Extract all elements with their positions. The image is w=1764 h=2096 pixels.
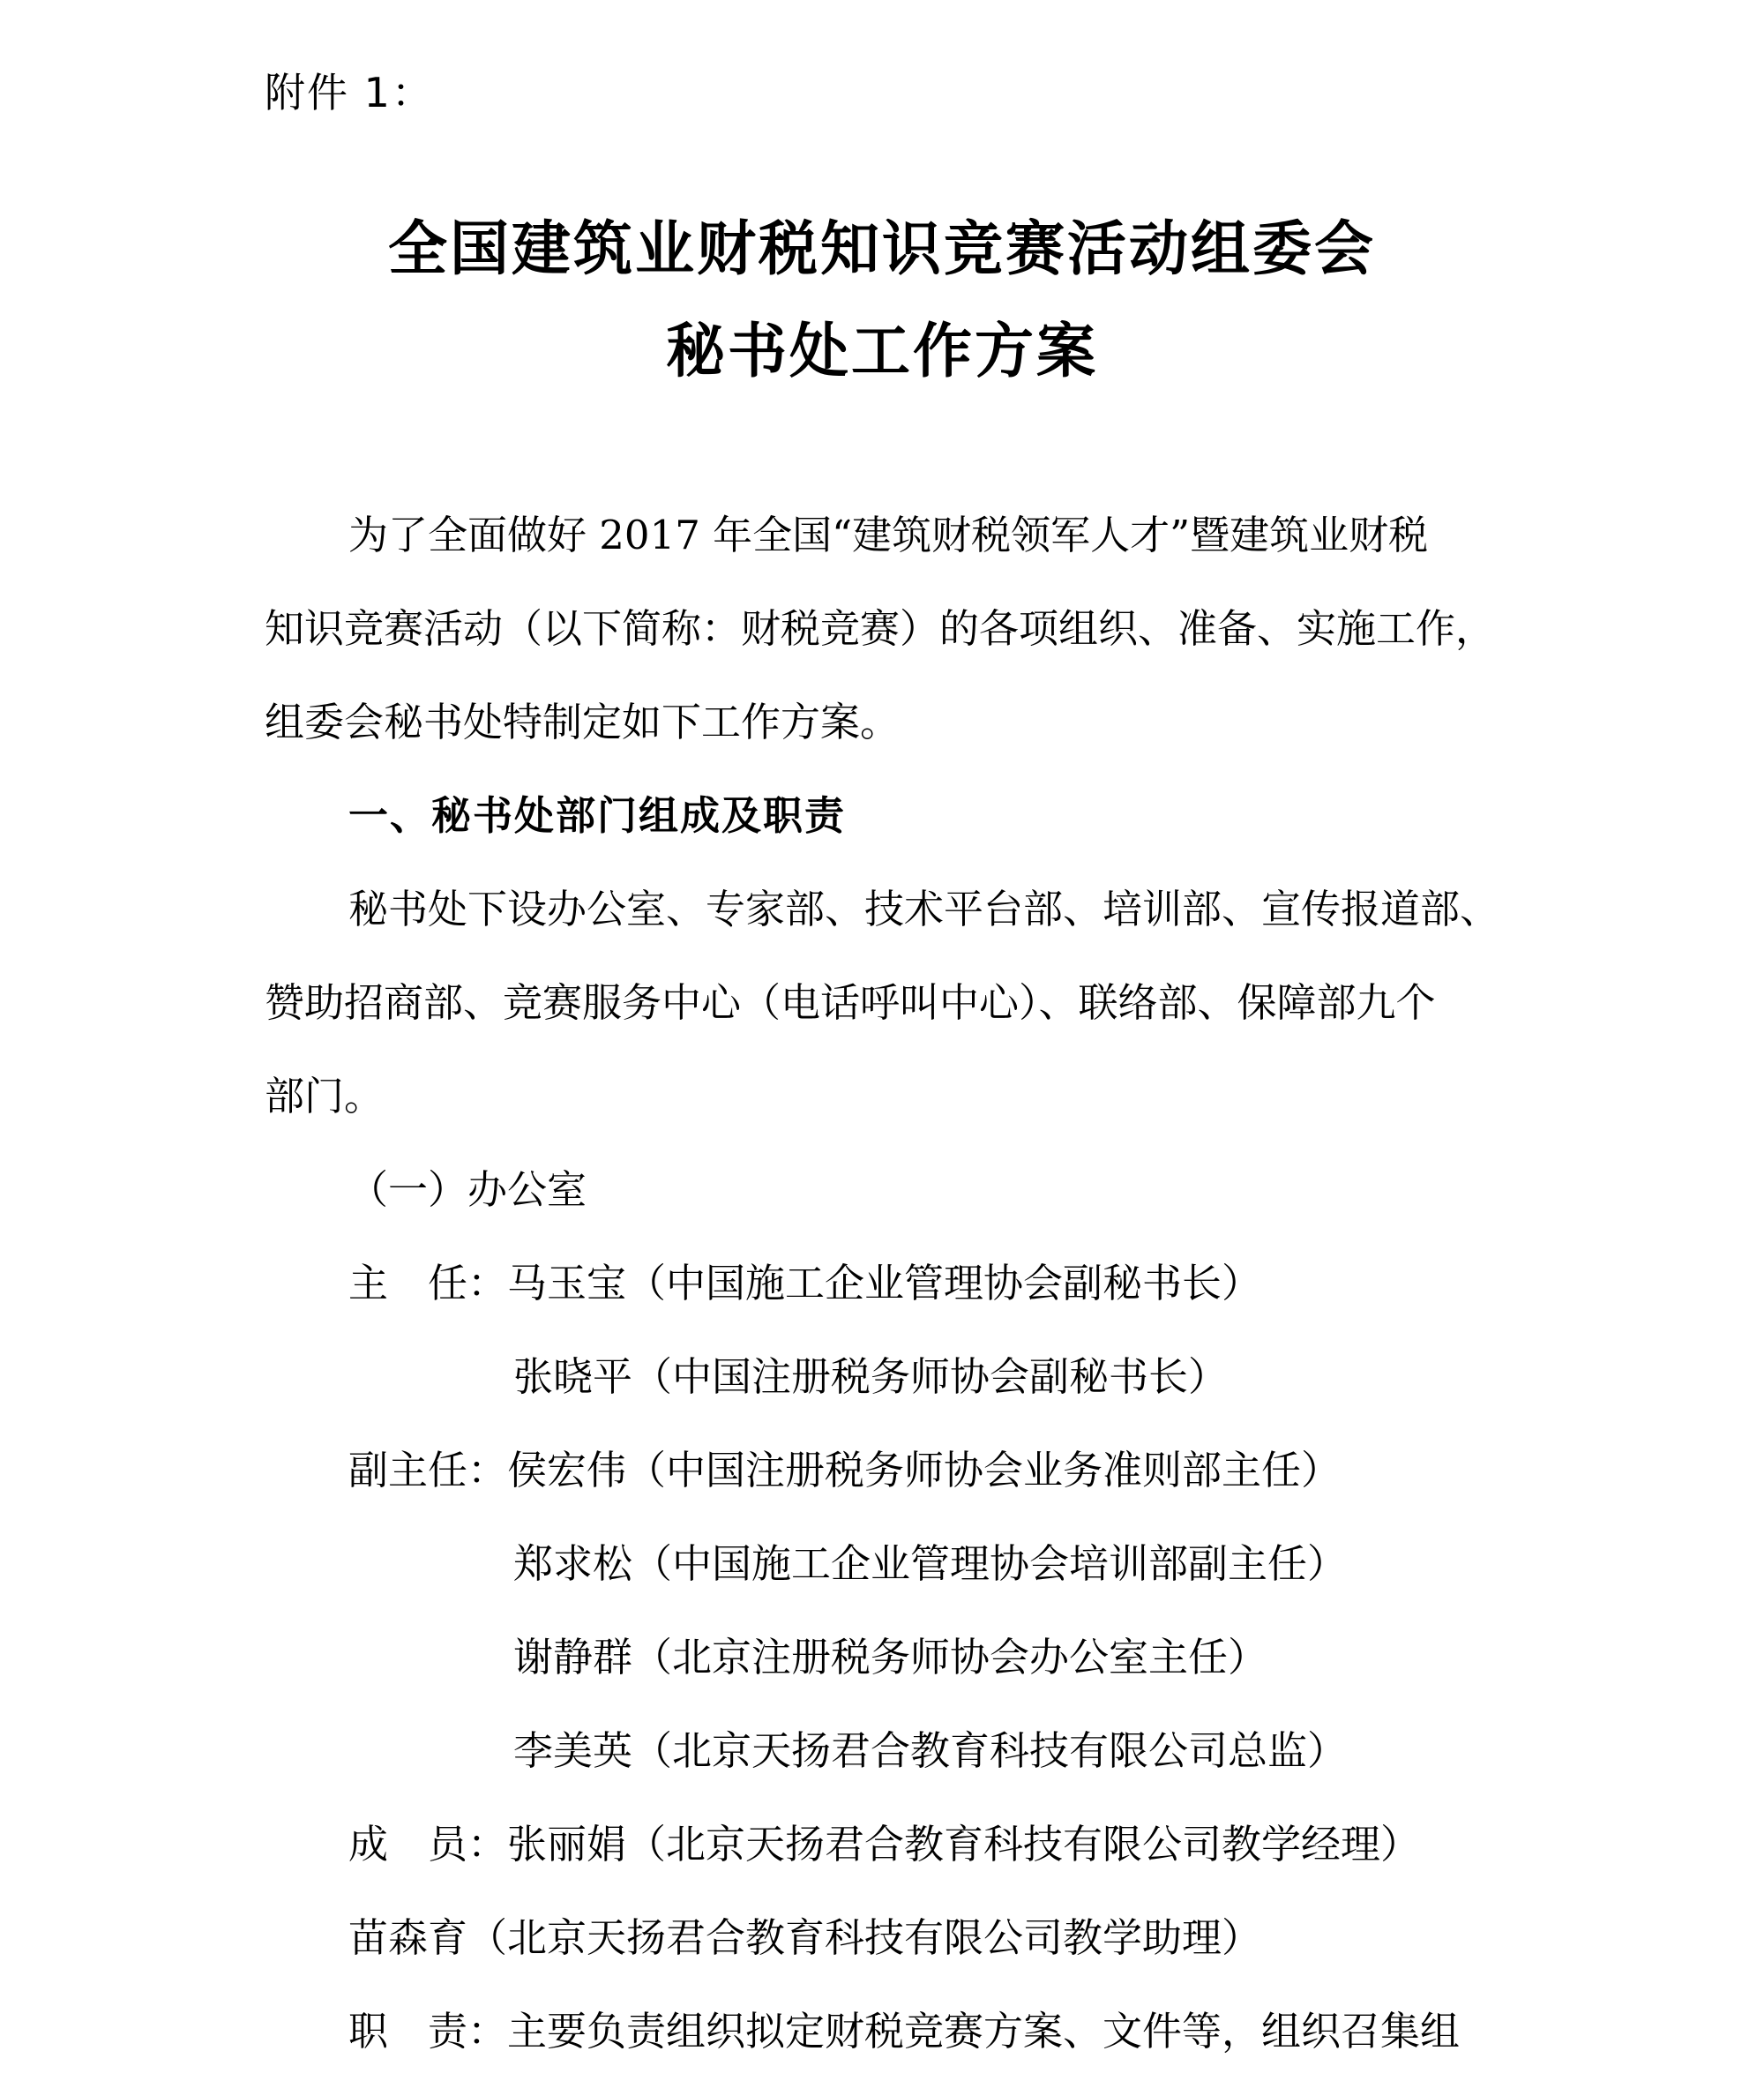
text-line: 知识竞赛活动（以下简称：财税竞赛）的各项组织、准备、实施工作，: [265, 582, 1526, 676]
text-line: 李美英（北京天扬君合教育科技有限公司总监）: [265, 1704, 1526, 1798]
text-line: （一）办公室: [265, 1143, 1526, 1237]
text-line: 职 责：主要负责组织拟定财税竞赛方案、文件等，组织召集组: [265, 1985, 1526, 2078]
text-line: 副主任：侯宏伟（中国注册税务师协会业务准则部主任）: [265, 1424, 1526, 1517]
document-title-line2: 秘书处工作方案: [0, 300, 1764, 402]
document-body: 为了全面做好 2017 年全国“建筑财税领军人才”暨建筑业财税知识竞赛活动（以下…: [265, 489, 1526, 2078]
text-line: 赞助招商部、竞赛服务中心（电话呼叫中心）、联络部、保障部九个: [265, 956, 1526, 1050]
text-line: 部门。: [265, 1050, 1526, 1143]
document-title: 全国建筑业财税知识竞赛活动组委会 秘书处工作方案: [0, 198, 1764, 402]
document-title-line1: 全国建筑业财税知识竞赛活动组委会: [0, 198, 1764, 300]
section-heading: 一、秘书处部门组成及职责: [265, 769, 1526, 863]
text-line: 郑求松（中国施工企业管理协会培训部副主任）: [265, 1517, 1526, 1611]
text-line: 组委会秘书处特制定如下工作方案。: [265, 676, 1526, 769]
text-line: 张晓平（中国注册税务师协会副秘书长）: [265, 1330, 1526, 1424]
text-line: 主 任：马玉宝（中国施工企业管理协会副秘书长）: [265, 1237, 1526, 1330]
text-line: 苗森育（北京天扬君合教育科技有限公司教学助理）: [265, 1891, 1526, 1985]
text-line: 谢静群（北京注册税务师协会办公室主任）: [265, 1611, 1526, 1704]
document-page: 附件 1： 全国建筑业财税知识竞赛活动组委会 秘书处工作方案 为了全面做好 20…: [0, 0, 1764, 2096]
text-line: 成 员：张丽娟（北京天扬君合教育科技有限公司教学经理）: [265, 1798, 1526, 1891]
text-line: 秘书处下设办公室、专家部、技术平台部、培训部、宣传报道部、: [265, 863, 1526, 956]
text-line: 为了全面做好 2017 年全国“建筑财税领军人才”暨建筑业财税: [265, 489, 1526, 582]
attachment-label: 附件 1：: [265, 67, 434, 118]
